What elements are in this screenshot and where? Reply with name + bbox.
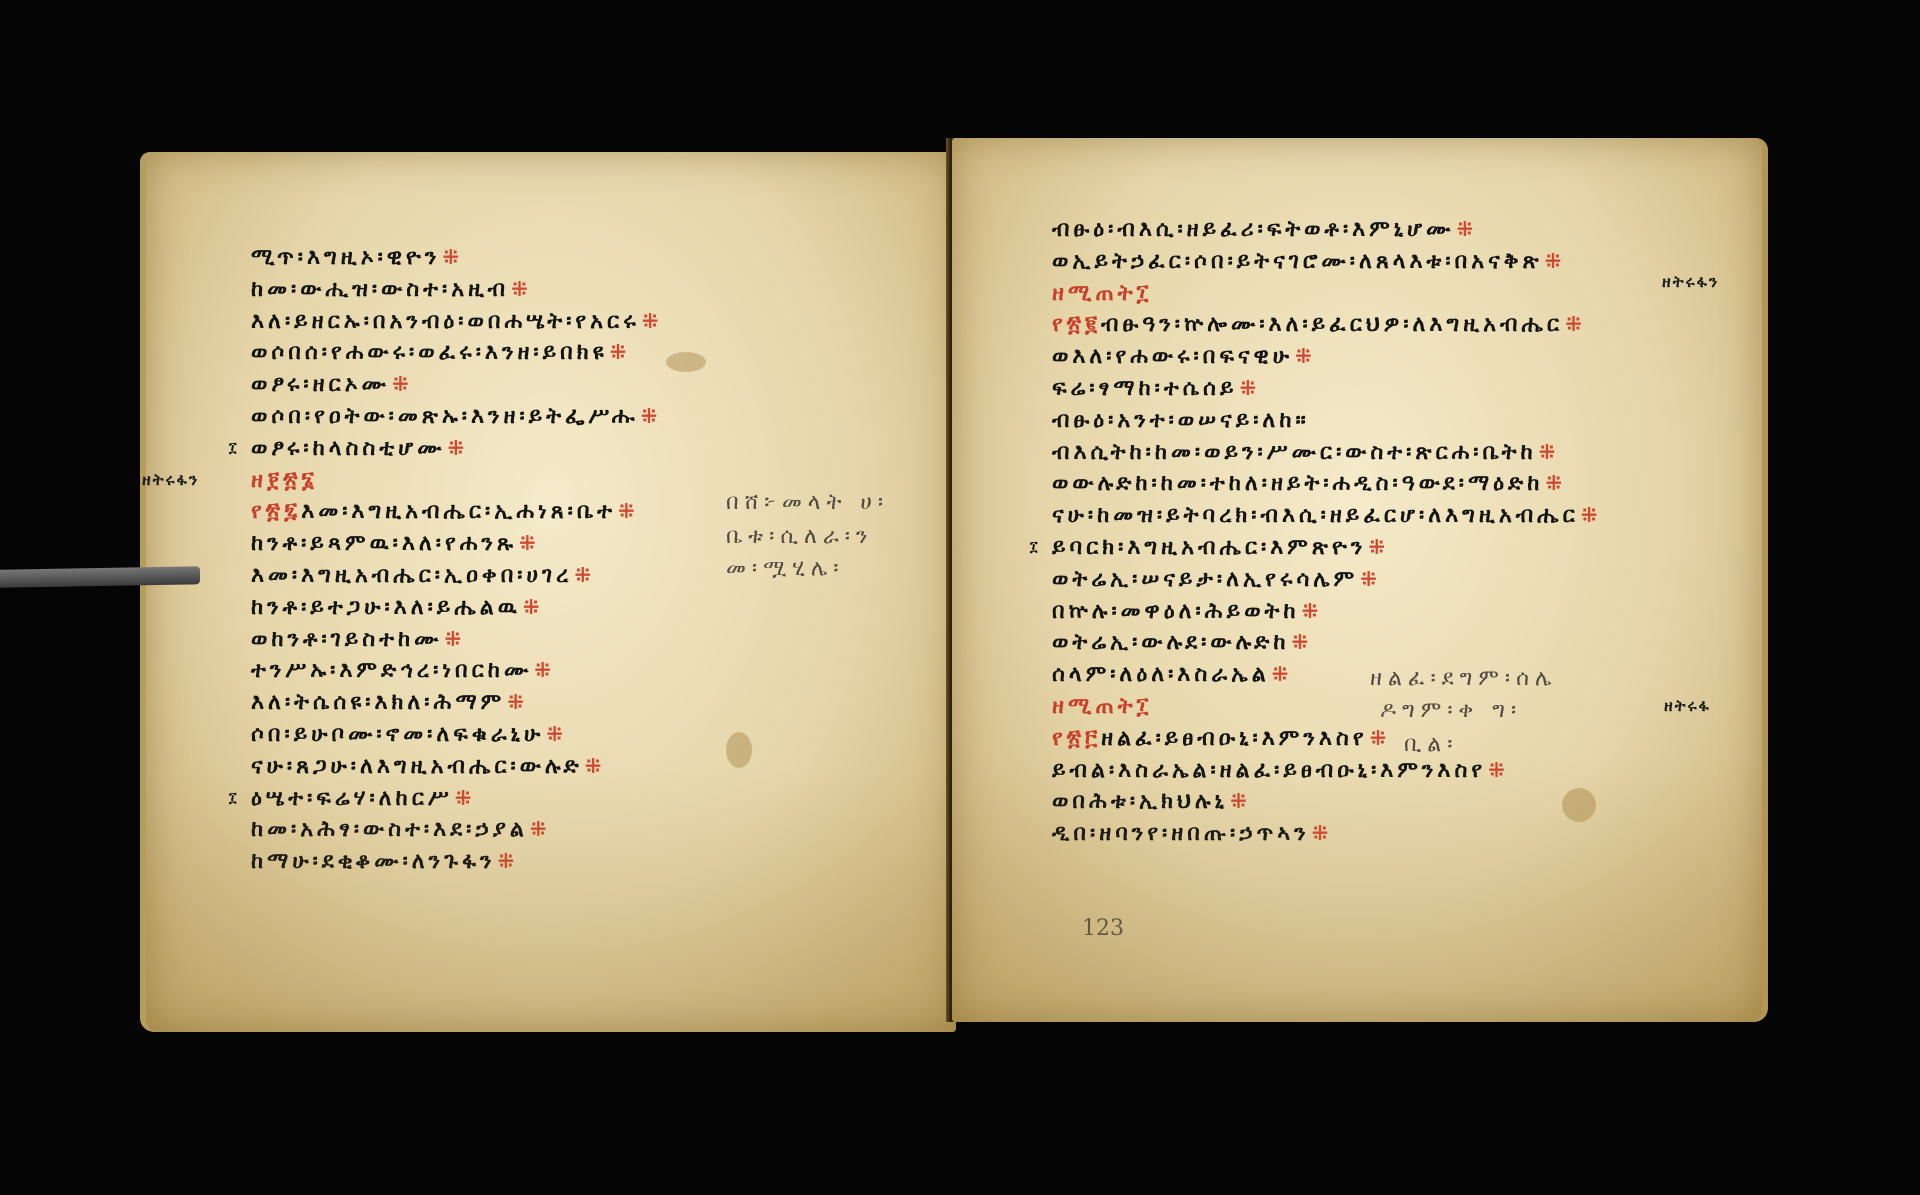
- cross-punctuation-icon: ⁜: [618, 499, 639, 523]
- line-text: ወከንቶ፡ገይስተከሙ: [251, 627, 442, 652]
- right-page-text: ብፁዕ፡ብእሲ፡ዘይፈሪ፡ፍትወቶ፡እምኒሆሙ⁜ወኢይትኃፈር፡ሶበ፡ይትናገሮ…: [1052, 214, 1602, 850]
- rubric-number: የ፳፫: [1052, 726, 1101, 751]
- cross-punctuation-icon: ⁜: [1230, 789, 1251, 813]
- cross-punctuation-icon: ⁜: [1457, 217, 1478, 241]
- text-line: ሰላም፡ለዕለ፡እስራኤል⁜: [1052, 659, 1602, 691]
- line-text: ተንሥኡ፡እምድኅረ፡ነበርከሙ: [251, 658, 532, 683]
- cross-punctuation-icon: ⁜: [1488, 758, 1509, 782]
- text-line: የ፳፯እመ፡እግዚአብሔር፡ኢሐነጸ፡ቤተ⁜: [251, 496, 663, 528]
- line-text: ወበሕቱ፡ኢክህሉኒ: [1052, 789, 1228, 814]
- cross-punctuation-icon: ⁜: [1240, 376, 1261, 400]
- rubric-heading: ዘ፻፳፮: [251, 468, 318, 493]
- text-line: በኵሉ፡መዋዕለ፡ሕይወትከ⁜: [1052, 596, 1602, 628]
- right-page: ብፁዕ፡ብእሲ፡ዘይፈሪ፡ፍትወቶ፡እምኒሆሙ⁜ወኢይትኃፈር፡ሶበ፡ይትናገሮ…: [952, 138, 1768, 1022]
- text-line: ተንሥኡ፡እምድኅረ፡ነበርከሙ⁜: [251, 655, 663, 687]
- line-text: ሚጥ፡እግዚኦ፡ዊዮን: [251, 245, 440, 270]
- text-line: ወፆሩ፡ዘርኦሙ⁜: [251, 369, 663, 401]
- cross-punctuation-icon: ⁜: [523, 595, 544, 619]
- verse-marker: ፲: [229, 783, 240, 815]
- line-text: ዘልፈ፡ይፀብዑኒ፡እምንእስየ: [1101, 726, 1367, 751]
- right-side-note-3: ቢል፡: [1404, 732, 1458, 757]
- text-line: እለ፡ይዘርኡ፡በአንብዕ፡ወበሐሤት፡የአርሩ⁜: [251, 306, 663, 338]
- text-line: ፲ዕሤተ፡ፍሬሃ፡ለከርሥ⁜: [251, 783, 663, 815]
- rubric-number: የ፳፪: [1052, 312, 1101, 337]
- text-line: የ፳፪ብፁዓን፡ኵሎሙ፡እለ፡ይፈርህዎ፡ለእግዚአብሔር⁜: [1052, 309, 1602, 341]
- cross-punctuation-icon: ⁜: [448, 436, 469, 460]
- cross-punctuation-icon: ⁜: [610, 340, 631, 364]
- line-text: እመ፡እግዚአብሔር፡ኢዐቀበ፡ሀገረ: [251, 563, 572, 588]
- text-line: ፲ይባርክ፡እግዚአብሔር፡እምጽዮን⁜: [1052, 532, 1602, 564]
- line-text: ከመ፡ውሒዝ፡ውስተ፡አዚብ: [251, 277, 509, 302]
- cross-punctuation-icon: ⁜: [455, 786, 476, 810]
- line-text: ወሶበ፡የዐትው፡መጽኡ፡እንዘ፡ይትፌሥሑ: [251, 404, 639, 429]
- line-text: ከንቶ፡ይተጋሁ፡እለ፡ይሔልዉ: [251, 595, 521, 620]
- cross-punctuation-icon: ⁜: [546, 722, 567, 746]
- line-text: ወውሉድከ፡ከመ፡ተከለ፡ዘይት፡ሐዲስ፡ዓውደ፡ማዕድከ: [1052, 471, 1543, 496]
- open-manuscript: ሚጥ፡እግዚኦ፡ዊዮን⁜ከመ፡ውሒዝ፡ውስተ፡አዚብ⁜እለ፡ይዘርኡ፡በአንብዕ…: [140, 138, 1768, 1038]
- rubric-number: የ፳፯: [251, 499, 301, 524]
- text-line: ሚጥ፡እግዚኦ፡ዊዮን⁜: [251, 242, 663, 274]
- cross-punctuation-icon: ⁜: [1272, 662, 1293, 686]
- text-line: ናሁ፡ጸጋሁ፡ለእግዚአብሔር፡ውሉድ⁜: [251, 751, 663, 783]
- text-line: ወሶበሰ፡የሐውሩ፡ወፈሩ፡እንዘ፡ይበክዩ⁜: [251, 337, 663, 369]
- cross-punctuation-icon: ⁜: [1539, 440, 1560, 464]
- cross-punctuation-icon: ⁜: [574, 563, 595, 587]
- line-text: ብፁዓን፡ኵሎሙ፡እለ፡ይፈርህዎ፡ለእግዚአብሔር: [1101, 312, 1563, 337]
- text-line: ዲበ፡ዘባንየ፡ዘበጡ፡ኃጥኣን⁜: [1052, 818, 1602, 850]
- line-text: ብፁዕ፡አንተ፡ወሠናይ፡ለከ።: [1052, 408, 1310, 433]
- line-text: ወትሬኢ፡ሠናይታ፡ለኢየሩሳሌም: [1052, 567, 1358, 592]
- text-line: ከማሁ፡ደቂቆሙ፡ለንጉፋን⁜: [251, 846, 663, 878]
- line-text: ሶበ፡ይሁቦሙ፡ኖመ፡ለፍቁራኒሁ: [251, 722, 544, 747]
- line-text: ወሶበሰ፡የሐውሩ፡ወፈሩ፡እንዘ፡ይበክዩ: [251, 340, 608, 365]
- left-page-text: ሚጥ፡እግዚኦ፡ዊዮን⁜ከመ፡ውሒዝ፡ውስተ፡አዚብ⁜እለ፡ይዘርኡ፡በአንብዕ…: [251, 242, 663, 878]
- cross-punctuation-icon: ⁜: [1291, 630, 1312, 654]
- line-text: እመ፡እግዚአብሔር፡ኢሐነጸ፡ቤተ: [301, 499, 616, 524]
- text-line: ከመ፡ውሒዝ፡ውስተ፡አዚብ⁜: [251, 274, 663, 306]
- line-text: ሰላም፡ለዕለ፡እስራኤል: [1052, 662, 1270, 687]
- cross-punctuation-icon: ⁜: [1545, 249, 1566, 273]
- text-line: ፲ወፆሩ፡ከላስስቲሆሙ⁜: [251, 433, 663, 465]
- bookmark-strip: [0, 566, 200, 587]
- left-side-note-3: መ፡ሟሂሌ፡: [726, 556, 844, 581]
- line-text: ናሁ፡ጸጋሁ፡ለእግዚአብሔር፡ውሉድ: [251, 754, 583, 779]
- cross-punctuation-icon: ⁜: [1370, 726, 1391, 750]
- cross-punctuation-icon: ⁜: [519, 531, 540, 555]
- line-text: ዲበ፡ዘባንየ፡ዘበጡ፡ኃጥኣን: [1052, 821, 1310, 846]
- text-line: ናሁ፡ከመዝ፡ይትባረክ፡ብእሲ፡ዘይፈርሆ፡ለእግዚአብሔር⁜: [1052, 500, 1602, 532]
- line-text: ከንቶ፡ይጻምዉ፡እለ፡የሐንጹ: [251, 531, 517, 556]
- stain: [726, 732, 752, 768]
- line-text: ወፆሩ፡ከላስስቲሆሙ: [251, 436, 446, 461]
- line-text: ይባርክ፡እግዚአብሔር፡እምጽዮን: [1052, 535, 1366, 560]
- text-line: ይብል፡እስራኤል፡ዘልፈ፡ይፀብዑኒ፡እምንእስየ⁜: [1052, 755, 1602, 787]
- text-line: ወእለ፡የሐውሩ፡በፍናዊሁ⁜: [1052, 341, 1602, 373]
- cross-punctuation-icon: ⁜: [534, 658, 555, 682]
- cross-punctuation-icon: ⁜: [1565, 312, 1586, 336]
- text-line: ከመ፡አሕፃ፡ውስተ፡እደ፡ኃያል⁜: [251, 814, 663, 846]
- text-line: ወትሬኢ፡ሠናይታ፡ለኢየሩሳሌም⁜: [1052, 564, 1602, 596]
- line-text: ወኢይትኃፈር፡ሶበ፡ይትናገሮሙ፡ለጸላእቱ፡በአናቅጽ: [1052, 249, 1543, 274]
- text-line: እለ፡ትሴሰዩ፡እክለ፡ሕማም⁜: [251, 687, 663, 719]
- line-text: ይብል፡እስራኤል፡ዘልፈ፡ይፀብዑኒ፡እምንእስየ: [1052, 758, 1486, 783]
- text-line: ወኢይትኃፈር፡ሶበ፡ይትናገሮሙ፡ለጸላእቱ፡በአናቅጽ⁜: [1052, 246, 1602, 278]
- cross-punctuation-icon: ⁜: [511, 277, 532, 301]
- cross-punctuation-icon: ⁜: [507, 690, 528, 714]
- cross-punctuation-icon: ⁜: [1302, 599, 1323, 623]
- text-line: ብፁዕ፡ብእሲ፡ዘይፈሪ፡ፍትወቶ፡እምኒሆሙ⁜: [1052, 214, 1602, 246]
- text-line: ወውሉድከ፡ከመ፡ተከለ፡ዘይት፡ሐዲስ፡ዓውደ፡ማዕድከ⁜: [1052, 468, 1602, 500]
- line-text: ብፁዕ፡ብእሲ፡ዘይፈሪ፡ፍትወቶ፡እምኒሆሙ: [1052, 217, 1455, 242]
- stain: [1562, 788, 1596, 822]
- cross-punctuation-icon: ⁜: [1312, 821, 1333, 845]
- cross-punctuation-icon: ⁜: [442, 245, 463, 269]
- right-margin-note-2: ዘትሩፋ: [1664, 696, 1711, 716]
- cross-punctuation-icon: ⁜: [1295, 344, 1316, 368]
- cross-punctuation-icon: ⁜: [1368, 535, 1389, 559]
- line-text: ከማሁ፡ደቂቆሙ፡ለንጉፋን: [251, 849, 496, 874]
- cross-punctuation-icon: ⁜: [641, 404, 662, 428]
- text-line: ብእሲትከ፡ከመ፡ወይን፡ሥሙር፡ውስተ፡ጽርሐ፡ቤትከ⁜: [1052, 437, 1602, 469]
- line-text: በኵሉ፡መዋዕለ፡ሕይወትከ: [1052, 599, 1300, 624]
- line-text: ብእሲትከ፡ከመ፡ወይን፡ሥሙር፡ውስተ፡ጽርሐ፡ቤትከ: [1052, 440, 1537, 465]
- cross-punctuation-icon: ⁜: [1581, 503, 1602, 527]
- cross-punctuation-icon: ⁜: [642, 309, 663, 333]
- rubric-heading: ዘሚጠት፲: [1052, 694, 1152, 719]
- text-line: እመ፡እግዚአብሔር፡ኢዐቀበ፡ሀገረ⁜: [251, 560, 663, 592]
- verse-marker: ፲: [229, 433, 240, 465]
- line-text: እለ፡ትሴሰዩ፡እክለ፡ሕማም: [251, 690, 505, 715]
- cross-punctuation-icon: ⁜: [1360, 567, 1381, 591]
- line-text: ወትሬኢ፡ውሉደ፡ውሉድከ: [1052, 630, 1289, 655]
- right-side-note-1: ዘልፈ፡ደግም፡ሰሌ: [1370, 666, 1557, 691]
- line-text: ወፆሩ፡ዘርኦሙ: [251, 372, 390, 397]
- folio-number: 123: [1082, 916, 1124, 941]
- cross-punctuation-icon: ⁜: [392, 372, 413, 396]
- text-line: ወበሕቱ፡ኢክህሉኒ⁜: [1052, 786, 1602, 818]
- cross-punctuation-icon: ⁜: [498, 849, 519, 873]
- text-line: ወሶበ፡የዐትው፡መጽኡ፡እንዘ፡ይትፌሥሑ⁜: [251, 401, 663, 433]
- text-line: ከንቶ፡ይተጋሁ፡እለ፡ይሔልዉ⁜: [251, 592, 663, 624]
- text-line: ከንቶ፡ይጻምዉ፡እለ፡የሐንጹ⁜: [251, 528, 663, 560]
- right-side-note-2: ዶግም፡ቀ ግ፡: [1380, 698, 1522, 723]
- left-margin-note: ዘትሩፋን: [142, 470, 199, 490]
- left-side-note-2: ቤቱ፡ሲለራ፡ን: [726, 524, 873, 549]
- line-text: ዕሤተ፡ፍሬሃ፡ለከርሥ: [251, 786, 453, 811]
- text-line: ወከንቶ፡ገይስተከሙ⁜: [251, 624, 663, 656]
- text-line: ወትሬኢ፡ውሉደ፡ውሉድከ⁜: [1052, 627, 1602, 659]
- stain: [666, 352, 706, 372]
- line-text: ፍሬ፡ፃማከ፡ተሴሰይ: [1052, 376, 1238, 401]
- text-line: ብፁዕ፡አንተ፡ወሠናይ፡ለከ።: [1052, 405, 1602, 437]
- right-margin-note-1: ዘትሩፋን: [1662, 272, 1719, 292]
- text-line: ሶበ፡ይሁቦሙ፡ኖመ፡ለፍቁራኒሁ⁜: [251, 719, 663, 751]
- cross-punctuation-icon: ⁜: [585, 754, 606, 778]
- cross-punctuation-icon: ⁜: [1545, 471, 1566, 495]
- cross-punctuation-icon: ⁜: [444, 627, 465, 651]
- cross-punctuation-icon: ⁜: [530, 817, 551, 841]
- rubric-heading: ዘሚጠት፲: [1052, 281, 1152, 306]
- line-text: ናሁ፡ከመዝ፡ይትባረክ፡ብእሲ፡ዘይፈርሆ፡ለእግዚአብሔር: [1052, 503, 1579, 528]
- left-side-note-1: በሸ፦መላት ሀ፡: [726, 490, 889, 515]
- left-page: ሚጥ፡እግዚኦ፡ዊዮን⁜ከመ፡ውሒዝ፡ውስተ፡አዚብ⁜እለ፡ይዘርኡ፡በአንብዕ…: [140, 152, 956, 1032]
- text-line: ዘሚጠት፲: [1052, 278, 1602, 310]
- text-line: የ፳፫ዘልፈ፡ይፀብዑኒ፡እምንእስየ⁜: [1052, 723, 1602, 755]
- text-line: ዘ፻፳፮: [251, 465, 663, 497]
- line-text: ከመ፡አሕፃ፡ውስተ፡እደ፡ኃያል: [251, 817, 528, 842]
- verse-marker: ፲: [1030, 532, 1041, 564]
- line-text: ወእለ፡የሐውሩ፡በፍናዊሁ: [1052, 344, 1293, 369]
- text-line: ዘሚጠት፲: [1052, 691, 1602, 723]
- line-text: እለ፡ይዘርኡ፡በአንብዕ፡ወበሐሤት፡የአርሩ: [251, 309, 640, 334]
- text-line: ፍሬ፡ፃማከ፡ተሴሰይ⁜: [1052, 373, 1602, 405]
